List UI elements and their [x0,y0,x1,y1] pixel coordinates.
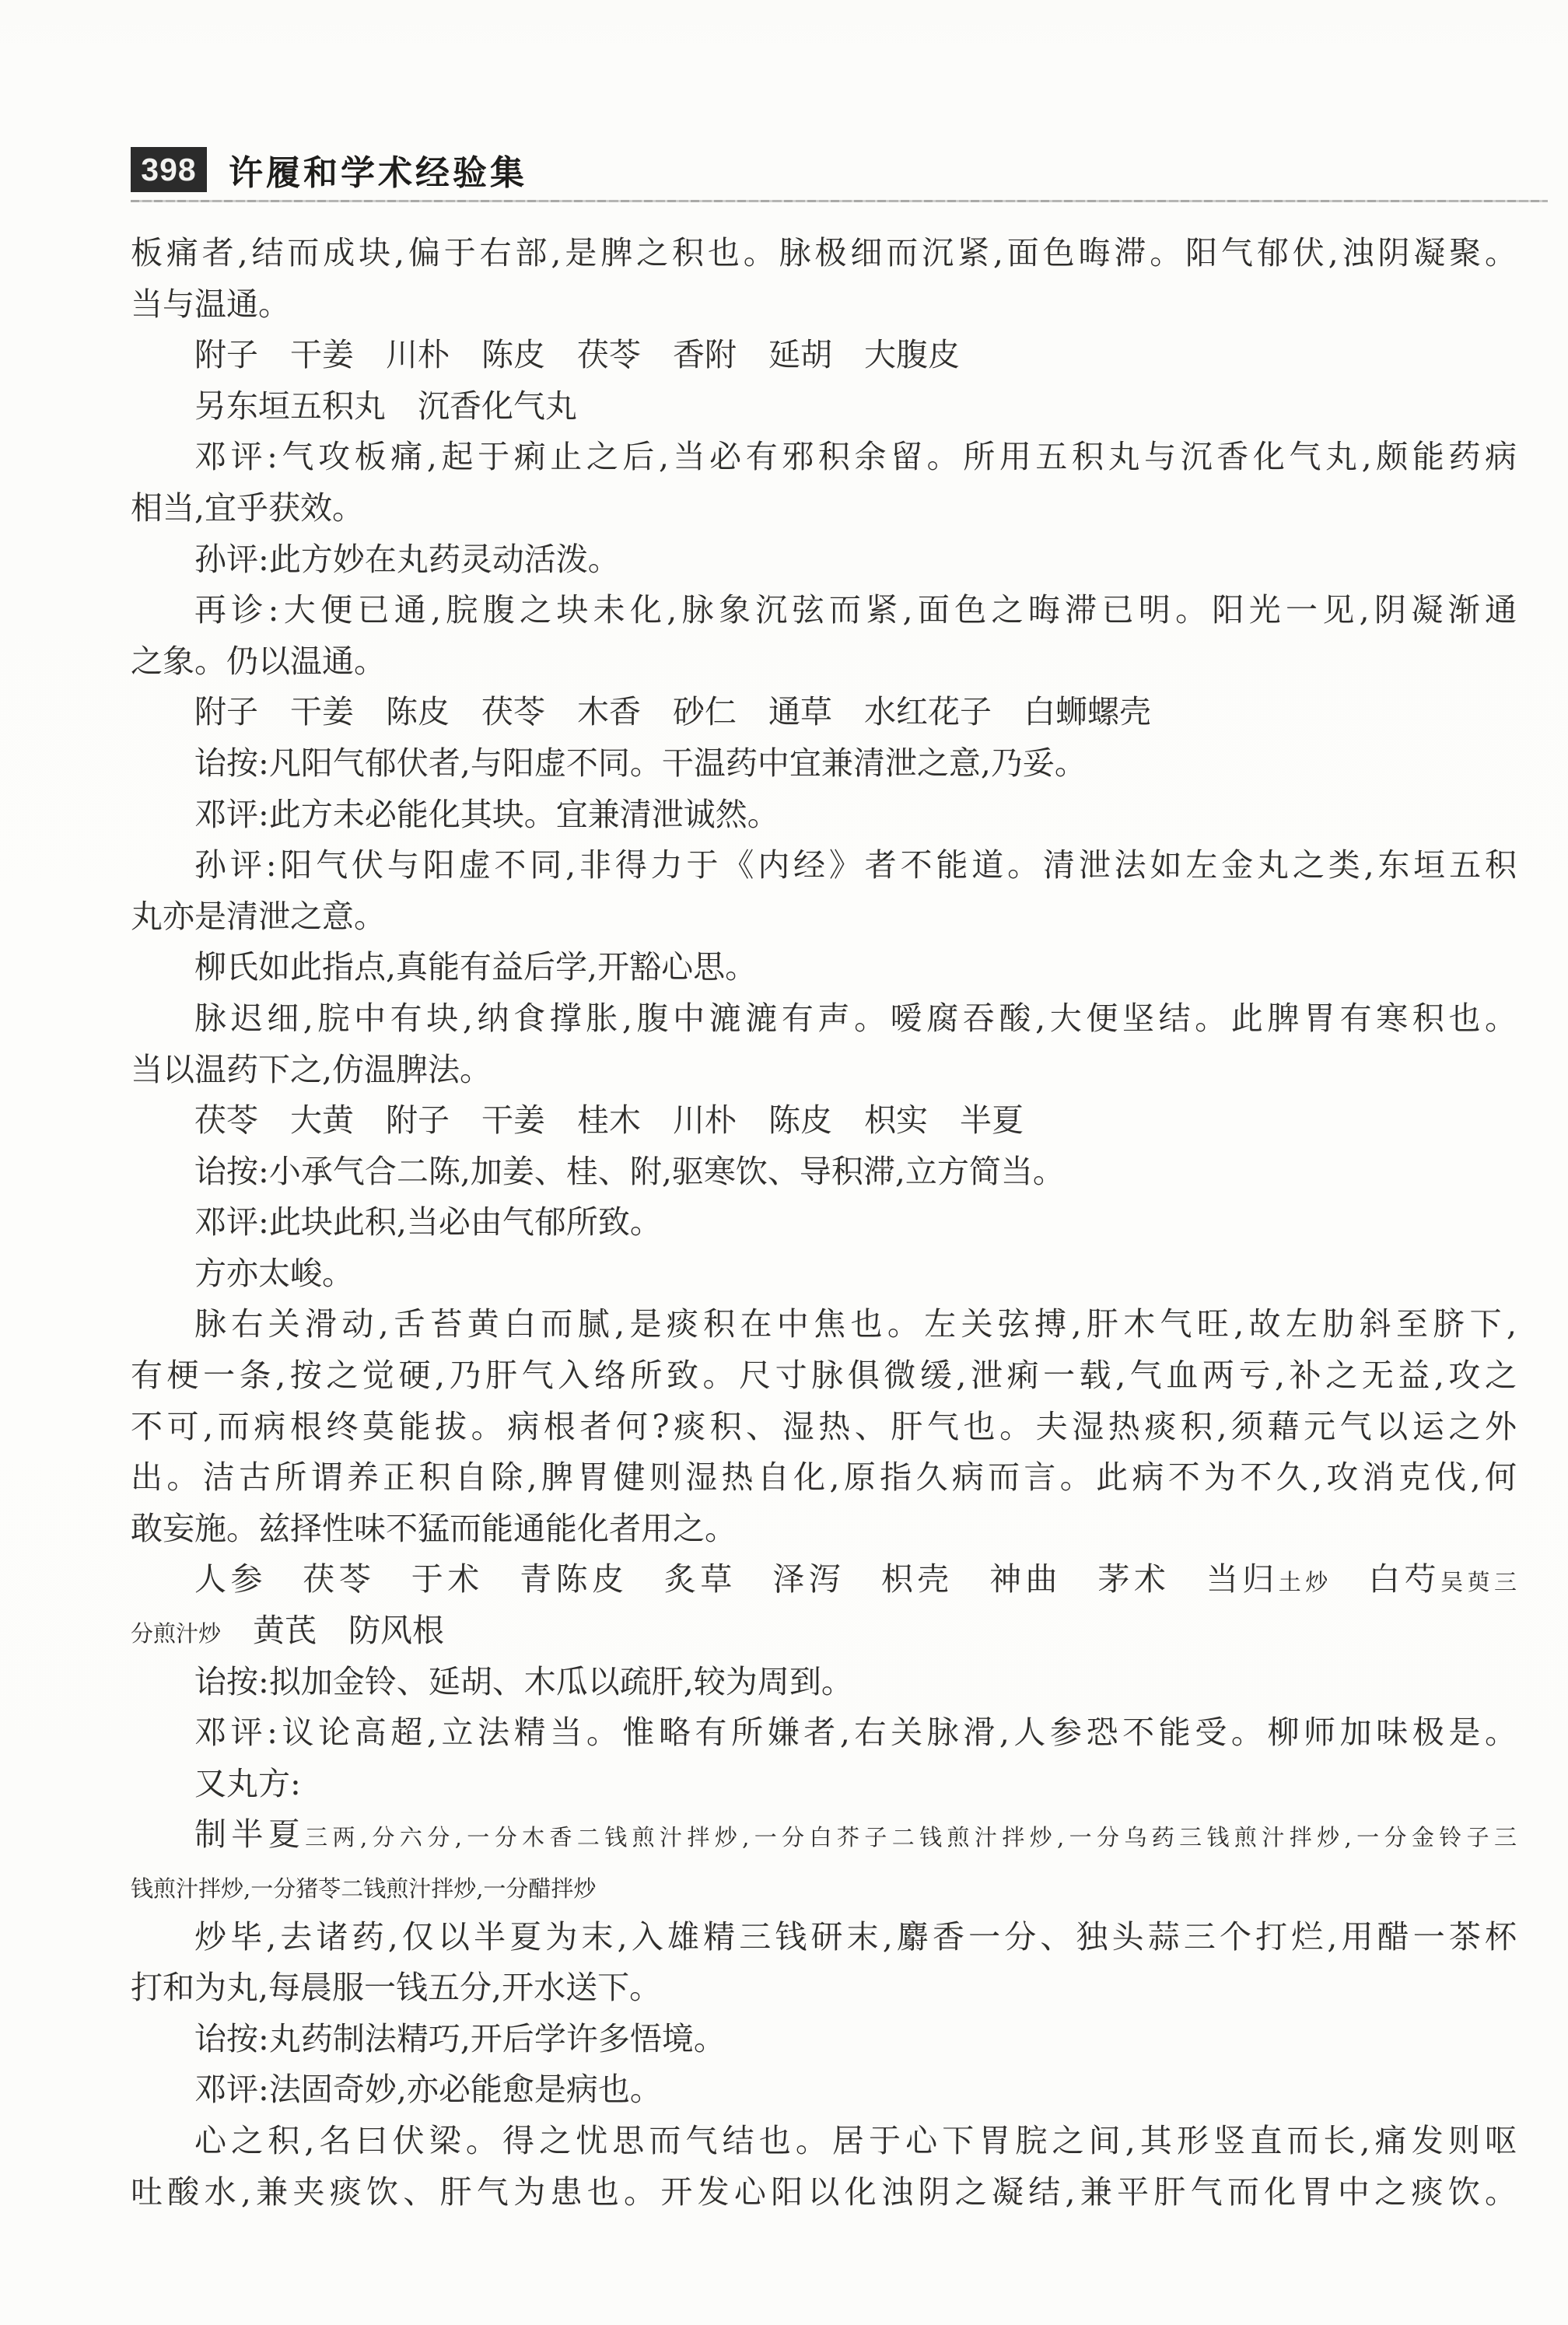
text-segment: 邓评:法固奇妙,亦必能愈是病也。 [194,2071,662,2108]
text-segment: 脉迟细,脘中有块,纳食撑胀,腹中漉漉有声。嗳腐吞酸,大便坚结。此脾胃有寒积也。 [194,1000,1517,1037]
text-line: 又丸方: [131,1759,1517,1810]
text-segment: 吴萸三 [1440,1569,1517,1595]
text-line: 人参 茯苓 于术 青陈皮 炙草 泽泻 枳壳 神曲 茅术 当归土炒 白芍吴萸三 [131,1554,1517,1605]
text-line: 当与温通。 [131,279,1517,331]
text-segment: 丸亦是清泄之意。 [131,898,386,935]
header-rule [131,200,1548,202]
page-body: 板痛者,结而成块,偏于右部,是脾之积也。脉极细而沉紧,面色晦滞。阳气郁伏,浊阴凝… [131,228,1517,2218]
text-line: 心之积,名曰伏梁。得之忧思而气结也。居于心下胃脘之间,其形竖直而长,痛发则呕 [131,2116,1517,2167]
text-line: 柳氏如此指点,真能有益后学,开豁心思。 [131,942,1517,993]
text-line: 诒按:凡阳气郁伏者,与阳虚不同。干温药中宜兼清泄之意,乃妥。 [131,738,1517,790]
text-segment: 黄芪 防风根 [221,1612,444,1649]
text-segment: 有梗一条,按之觉硬,乃肝气入络所致。尺寸脉俱微缓,泄痢一载,气血两亏,补之无益,… [131,1357,1517,1394]
text-line: 炒毕,去诸药,仅以半夏为末,入雄精三钱研末,麝香一分、独头蒜三个打烂,用醋一茶杯 [131,1912,1517,1963]
text-segment: 三两,分六分,一分木香二钱煎汁拌炒,一分白芥子二钱煎汁拌炒,一分乌药三钱煎汁拌炒… [305,1824,1517,1851]
text-segment: 诒按:凡阳气郁伏者,与阳虚不同。干温药中宜兼清泄之意,乃妥。 [194,744,1087,782]
text-line: 脉迟细,脘中有块,纳食撑胀,腹中漉漉有声。嗳腐吞酸,大便坚结。此脾胃有寒积也。 [131,993,1517,1045]
text-line: 相当,宜乎获效。 [131,483,1517,534]
text-segment: 人参 茯苓 于术 青陈皮 炙草 泽泻 枳壳 神曲 茅术 当归 [194,1560,1279,1598]
book-title: 许履和学术经验集 [229,145,527,194]
text-segment: 附子 干姜 陈皮 茯苓 木香 砂仁 通草 水红花子 白蛳螺壳 [194,693,1151,730]
text-segment: 板痛者,结而成块,偏于右部,是脾之积也。脉极细而沉紧,面色晦滞。阳气郁伏,浊阴凝… [131,234,1517,271]
text-segment: 之象。仍以温通。 [131,643,386,680]
text-segment: 心之积,名曰伏梁。得之忧思而气结也。居于心下胃脘之间,其形竖直而长,痛发则呕 [194,2122,1517,2159]
text-segment: 出。洁古所谓养正积自除,脾胃健则湿热自化,原指久病而言。此病不为不久,攻消克伐,… [131,1458,1517,1496]
text-segment: 柳氏如此指点,真能有益后学,开豁心思。 [194,948,757,986]
text-segment: 方亦太峻。 [194,1255,354,1292]
page-number-badge: 398 [131,147,207,192]
text-line: 有梗一条,按之觉硬,乃肝气入络所致。尺寸脉俱微缓,泄痢一载,气血两亏,补之无益,… [131,1350,1517,1402]
text-line: 方亦太峻。 [131,1248,1517,1300]
text-line: 之象。仍以温通。 [131,636,1517,688]
text-segment: 白芍 [1332,1560,1440,1598]
text-line: 再诊:大便已通,脘腹之块未化,脉象沉弦而紧,面色之晦滞已明。阳光一见,阴凝渐通 [131,585,1517,636]
text-segment: 相当,宜乎获效。 [131,489,364,527]
text-line: 邓评:气攻板痛,起于痢止之后,当必有邪积余留。所用五积丸与沉香化气丸,颇能药病 [131,432,1517,483]
text-line: 诒按:丸药制法精巧,开后学许多悟境。 [131,2014,1517,2065]
text-line: 制半夏三两,分六分,一分木香二钱煎汁拌炒,一分白芥子二钱煎汁拌炒,一分乌药三钱煎… [131,1809,1517,1861]
text-line: 脉右关滑动,舌苔黄白而腻,是痰积在中焦也。左关弦搏,肝木气旺,故左肋斜至脐下, [131,1299,1517,1350]
text-line: 邓评:法固奇妙,亦必能愈是病也。 [131,2064,1517,2116]
text-segment: 诒按:丸药制法精巧,开后学许多悟境。 [194,2020,726,2057]
text-segment: 敢妄施。兹择性味不猛而能通能化者用之。 [131,1510,737,1547]
text-line: 孙评:阳气伏与阳虚不同,非得力于《内经》者不能道。清泄法如左金丸之类,东垣五积 [131,840,1517,891]
text-segment: 诒按:拟加金铃、延胡、木瓜以疏肝,较为周到。 [194,1663,853,1700]
text-segment: 分煎汁炒 [131,1620,221,1647]
text-line: 邓评:此方未必能化其块。宜兼清泄诚然。 [131,790,1517,841]
text-line: 敢妄施。兹择性味不猛而能通能化者用之。 [131,1504,1517,1555]
text-segment: 不可,而病根终莫能拔。病根者何?痰积、湿热、肝气也。夫湿热痰积,须藉元气以运之外 [131,1408,1517,1445]
text-segment: 当与温通。 [131,285,290,323]
text-segment: 邓评:议论高超,立法精当。惟略有所嫌者,右关脉滑,人参恐不能受。柳师加味极是。 [194,1714,1517,1751]
text-segment: 又丸方: [194,1765,301,1802]
text-line: 附子 干姜 川朴 陈皮 茯苓 香附 延胡 大腹皮 [131,330,1517,381]
text-segment: 土炒 [1279,1569,1332,1595]
text-segment: 炒毕,去诸药,仅以半夏为末,入雄精三钱研末,麝香一分、独头蒜三个打烂,用醋一茶杯 [194,1918,1517,1956]
text-line: 茯苓 大黄 附子 干姜 桂木 川朴 陈皮 枳实 半夏 [131,1095,1517,1147]
text-line: 诒按:小承气合二陈,加姜、桂、附,驱寒饮、导积滞,立方简当。 [131,1147,1517,1198]
text-segment: 邓评:气攻板痛,起于痢止之后,当必有邪积余留。所用五积丸与沉香化气丸,颇能药病 [194,438,1517,475]
text-segment: 再诊:大便已通,脘腹之块未化,脉象沉弦而紧,面色之晦滞已明。阳光一见,阴凝渐通 [194,591,1517,629]
book-page: 398 许履和学术经验集 板痛者,结而成块,偏于右部,是脾之积也。脉极细而沉紧,… [0,0,1568,2325]
text-line: 不可,而病根终莫能拔。病根者何?痰积、湿热、肝气也。夫湿热痰积,须藉元气以运之外 [131,1402,1517,1453]
text-segment: 钱煎汁拌炒,一分猪苓二钱煎汁拌炒,一分醋拌炒 [131,1875,596,1902]
text-segment: 邓评:此块此积,当必由气郁所致。 [194,1203,662,1241]
text-line: 分煎汁炒 黄芪 防风根 [131,1605,1517,1657]
text-segment: 孙评:此方妙在丸药灵动活泼。 [194,541,620,578]
text-segment: 吐酸水,兼夹痰饮、肝气为患也。开发心阳以化浊阴之凝结,兼平肝气而化胃中之痰饮。 [131,2173,1517,2211]
text-line: 孙评:此方妙在丸药灵动活泼。 [131,534,1517,586]
text-segment: 孙评:阳气伏与阳虚不同,非得力于《内经》者不能道。清泄法如左金丸之类,东垣五积 [194,846,1517,884]
text-line: 诒按:拟加金铃、延胡、木瓜以疏肝,较为周到。 [131,1657,1517,1708]
text-segment: 诒按:小承气合二陈,加姜、桂、附,驱寒饮、导积滞,立方简当。 [194,1153,1065,1190]
text-segment: 茯苓 大黄 附子 干姜 桂木 川朴 陈皮 枳实 半夏 [194,1101,1024,1139]
text-line: 出。洁古所谓养正积自除,脾胃健则湿热自化,原指久病而言。此病不为不久,攻消克伐,… [131,1452,1517,1504]
text-line: 吐酸水,兼夹痰饮、肝气为患也。开发心阳以化浊阴之凝结,兼平肝气而化胃中之痰饮。 [131,2167,1517,2218]
text-line: 邓评:议论高超,立法精当。惟略有所嫌者,右关脉滑,人参恐不能受。柳师加味极是。 [131,1707,1517,1759]
text-line: 丸亦是清泄之意。 [131,891,1517,943]
text-line: 打和为丸,每晨服一钱五分,开水送下。 [131,1963,1517,2014]
text-segment: 打和为丸,每晨服一钱五分,开水送下。 [131,1969,661,2006]
text-line: 钱煎汁拌炒,一分猪苓二钱煎汁拌炒,一分醋拌炒 [131,1861,1517,1912]
text-segment: 当以温药下之,仿温脾法。 [131,1051,492,1088]
text-segment: 另东垣五积丸 沉香化气丸 [194,387,577,425]
text-segment: 脉右关滑动,舌苔黄白而腻,是痰积在中焦也。左关弦搏,肝木气旺,故左肋斜至脐下, [194,1305,1517,1343]
text-segment: 附子 干姜 川朴 陈皮 茯苓 香附 延胡 大腹皮 [194,336,960,373]
text-segment: 邓评:此方未必能化其块。宜兼清泄诚然。 [194,796,779,833]
text-segment: 制半夏 [194,1816,305,1853]
text-line: 板痛者,结而成块,偏于右部,是脾之积也。脉极细而沉紧,面色晦滞。阳气郁伏,浊阴凝… [131,228,1517,279]
text-line: 附子 干姜 陈皮 茯苓 木香 砂仁 通草 水红花子 白蛳螺壳 [131,687,1517,738]
text-line: 当以温药下之,仿温脾法。 [131,1045,1517,1096]
page-header: 398 许履和学术经验集 [131,145,527,194]
text-line: 邓评:此块此积,当必由气郁所致。 [131,1197,1517,1248]
text-line: 另东垣五积丸 沉香化气丸 [131,381,1517,432]
